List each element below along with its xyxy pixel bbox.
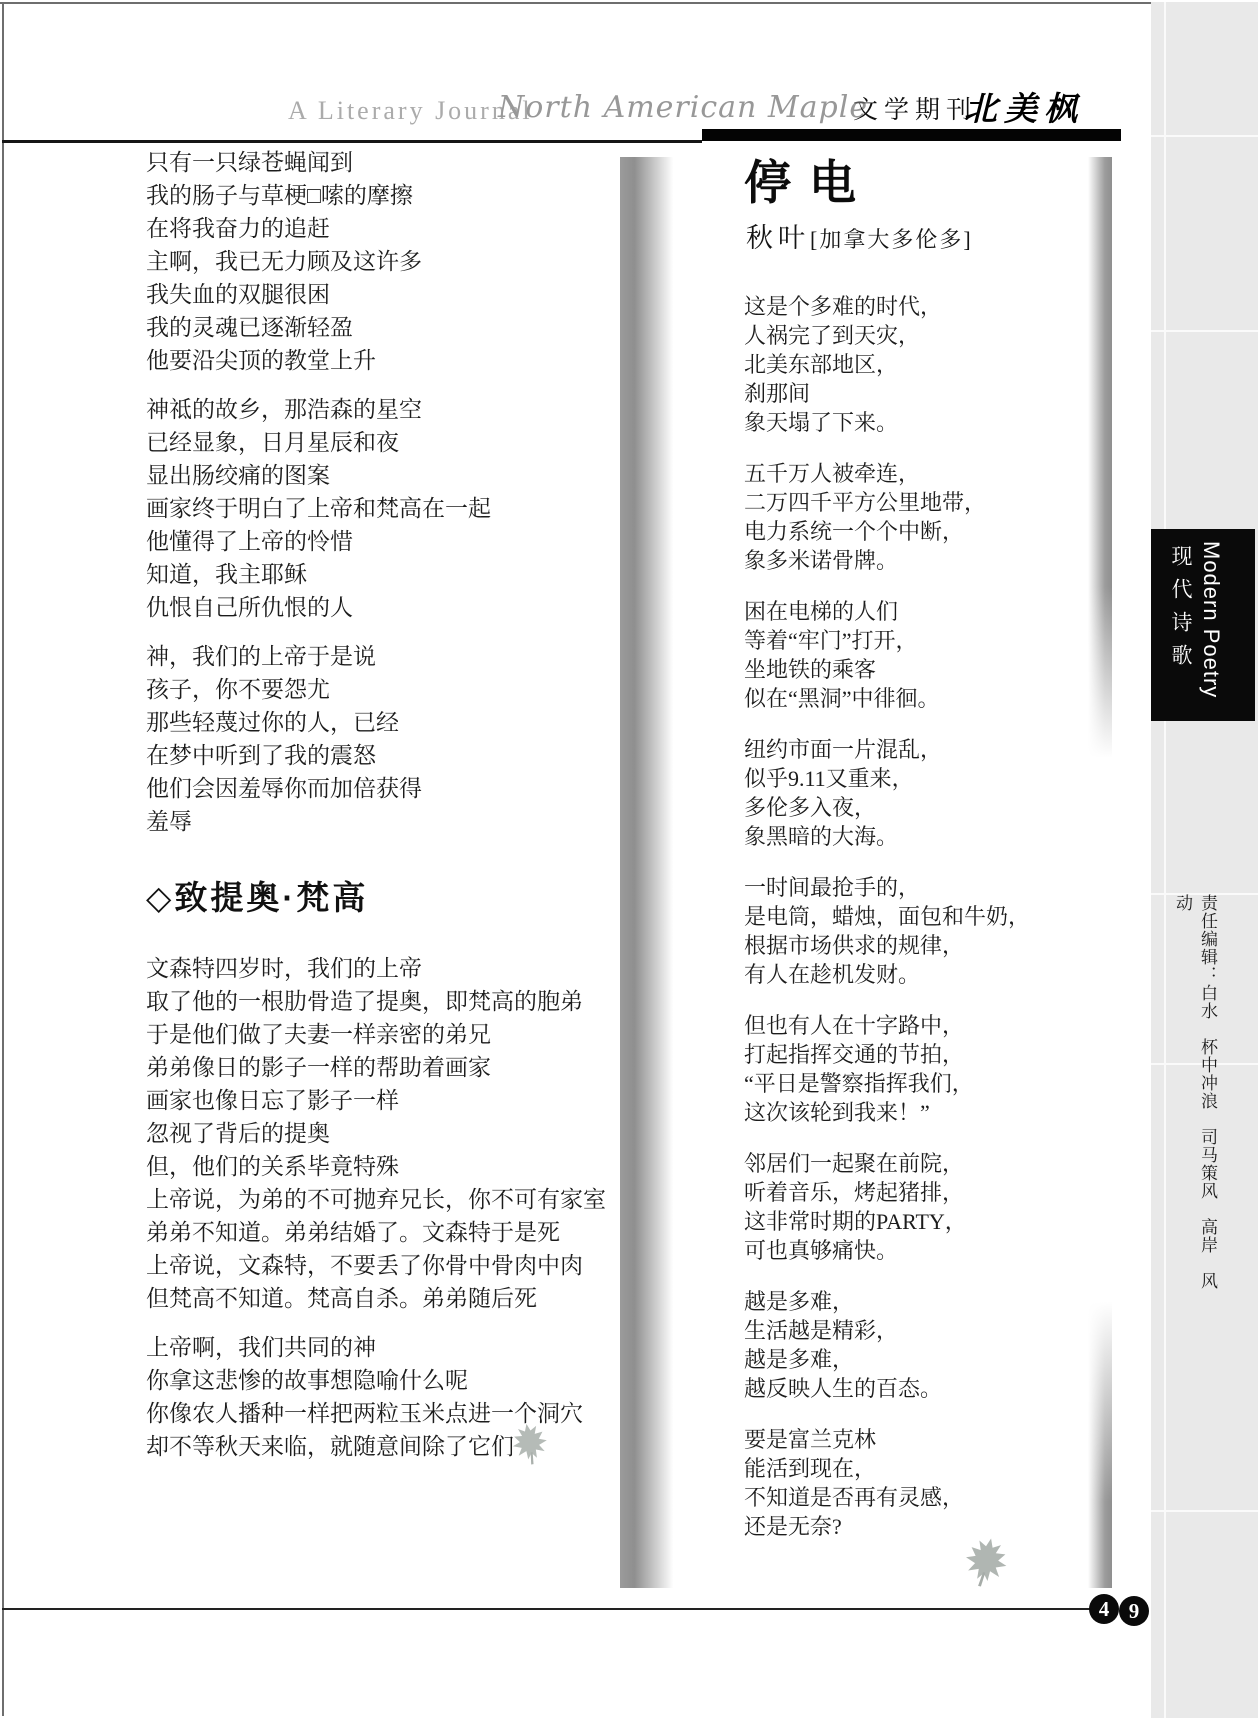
journal-subtitle-en: A Literary Journal — [288, 96, 533, 126]
poem-line: 文森特四岁时，我们的上帝 — [146, 952, 616, 985]
section-label-cn: 现代诗歌 — [1165, 545, 1195, 677]
poem-line: 这是个多难的时代， — [744, 292, 1094, 321]
poem-stanza: 神祗的故乡，那浩森的星空已经显象，日月星辰和夜显出肠绞痛的图案画家终于明白了上帝… — [146, 393, 616, 624]
poem-line: 似在“黑洞”中徘徊。 — [744, 684, 1094, 713]
poem-stanza: 但也有人在十字路中，打起指挥交通的节拍，“平日是警察指挥我们，这次该轮到我来！” — [744, 1011, 1094, 1127]
editors-credit-vertical: 责任编辑：白水 杯中冲浪 司马策风 高岸 风动 — [1170, 894, 1220, 1294]
page-number-badge: 9 — [1119, 1596, 1149, 1626]
poem-line: 但梵高不知道。梵高自杀。弟弟随后死 — [146, 1282, 616, 1315]
poem-line: 上帝啊，我们共同的神 — [146, 1331, 616, 1364]
poem-line: 人祸完了到天灾， — [744, 321, 1094, 350]
poem-stanza: 五千万人被牵连，二万四千平方公里地带，电力系统一个个中断，象多米诺骨牌。 — [744, 459, 1094, 575]
poem-stanza: 邻居们一起聚在前院，听着音乐，烤起猪排，这非常时期的PARTY，可也真够痛快。 — [744, 1149, 1094, 1265]
poem-line: 一时间最抢手的， — [744, 873, 1094, 902]
left-poem-column: 只有一只绿苍蝇闻到我的肠子与草梗□嗦的摩擦在将我奋力的追赶主啊，我已无力顾及这许… — [146, 146, 616, 1479]
poem-stanza: 越是多难，生活越是精彩，越是多难，越反映人生的百态。 — [744, 1287, 1094, 1403]
poem-stanza: 困在电梯的人们等着“牢门”打开，坐地铁的乘客似在“黑洞”中徘徊。 — [744, 597, 1094, 713]
poem-line: 画家终于明白了上帝和梵高在一起 — [146, 492, 616, 525]
poem-line: 他懂得了上帝的怜惜 — [146, 525, 616, 558]
poem-line: 北美东部地区， — [744, 350, 1094, 379]
poem-line: 是电筒，蜡烛，面包和牛奶， — [744, 902, 1094, 931]
poem-line: 象黑暗的大海。 — [744, 822, 1094, 851]
poem-line: 只有一只绿苍蝇闻到 — [146, 146, 616, 179]
poem-line: 象天塌了下来。 — [744, 408, 1094, 437]
poem-line: 越是多难， — [744, 1345, 1094, 1374]
section-label-box: 现代诗歌 Modern Poetry — [1151, 529, 1255, 721]
poem-line: 神，我们的上帝于是说 — [146, 640, 616, 673]
poem-line: 纽约市面一片混乱， — [744, 735, 1094, 764]
poem-line: 这非常时期的PARTY， — [744, 1207, 1094, 1236]
poem-line: 取了他的一根肋骨造了提奥，即梵高的胞弟 — [146, 985, 616, 1018]
footer-rule — [2, 1608, 1090, 1610]
poem-line: 困在电梯的人们 — [744, 597, 1094, 626]
poem-line: 但，他们的关系毕竟特殊 — [146, 1150, 616, 1183]
poem-line: 在梦中听到了我的震怒 — [146, 739, 616, 772]
poem-stanza: 这是个多难的时代，人祸完了到天灾，北美东部地区，刹那间象天塌了下来。 — [744, 292, 1094, 437]
poem-line: 你拿这悲惨的故事想隐喻什么呢 — [146, 1364, 616, 1397]
poem-line: 听着音乐，烤起猪排， — [744, 1178, 1094, 1207]
poem-line: 画家也像日忘了影子一样 — [146, 1084, 616, 1117]
poem-title: 停电 — [744, 146, 874, 213]
poem-line: 上帝说，为弟的不可抛弃兄长，你不可有家室 — [146, 1183, 616, 1216]
page-border-top — [0, 2, 1258, 4]
poem-line: 于是他们做了夫妻一样亲密的弟兄 — [146, 1018, 616, 1051]
poem-line: 他们会因羞辱你而加倍获得 — [146, 772, 616, 805]
poem-author-location: [加拿大多伦多] — [810, 223, 973, 254]
poem-line: 有人在趁机发财。 — [744, 960, 1094, 989]
journal-name-cn: 北美枫 — [964, 83, 1084, 130]
column-shadow-left — [620, 157, 678, 1588]
poem-line: 这次该轮到我来！” — [744, 1098, 1094, 1127]
poem-line: 羞辱 — [146, 805, 616, 838]
poem-line: 坐地铁的乘客 — [744, 655, 1094, 684]
poem-line: 似乎9.11又重来， — [744, 764, 1094, 793]
poem-line: 显出肠绞痛的图案 — [146, 459, 616, 492]
poem-line: 越是多难， — [744, 1287, 1094, 1316]
poem-line: 邻居们一起聚在前院， — [744, 1149, 1094, 1178]
poem-stanza: 纽约市面一片混乱，似乎9.11又重来，多伦多入夜，象黑暗的大海。 — [744, 735, 1094, 851]
maple-leaf-icon — [506, 1419, 553, 1469]
poem-line: 弟弟不知道。弟弟结婚了。文森特于是死 — [146, 1216, 616, 1249]
poem-line: 刹那间 — [744, 379, 1094, 408]
right-poem-column: 这是个多难的时代，人祸完了到天灾，北美东部地区，刹那间象天塌了下来。 五千万人被… — [744, 292, 1094, 1563]
poem-line: 孩子，你不要怨尤 — [146, 673, 616, 706]
poem-line: 忽视了背后的提奥 — [146, 1117, 616, 1150]
maple-leaf-icon — [957, 1532, 1015, 1594]
journal-type-cn: 文学期刊 — [853, 90, 977, 126]
poem-line: 但也有人在十字路中， — [744, 1011, 1094, 1040]
poem-stanza: 只有一只绿苍蝇闻到我的肠子与草梗□嗦的摩擦在将我奋力的追赶主啊，我已无力顾及这许… — [146, 146, 616, 377]
poem-author: 秋叶 — [746, 216, 810, 255]
poem-line: 根据市场供求的规律， — [744, 931, 1094, 960]
poem-line: 弟弟像日的影子一样的帮助着画家 — [146, 1051, 616, 1084]
poem-stanza: 神，我们的上帝于是说孩子，你不要怨尤那些轻蔑过你的人，已经在梦中听到了我的震怒他… — [146, 640, 616, 838]
header-rule-thin — [2, 140, 702, 143]
sidebar-divider-line — [1151, 1510, 1258, 1512]
poem-line: 生活越是精彩， — [744, 1316, 1094, 1345]
poem-stanza: 文森特四岁时，我们的上帝取了他的一根肋骨造了提奥，即梵高的胞弟于是他们做了夫妻一… — [146, 952, 616, 1315]
poem-line: 神祗的故乡，那浩森的星空 — [146, 393, 616, 426]
poem-line: 越反映人生的百态。 — [744, 1374, 1094, 1403]
page-border-left — [2, 2, 4, 1716]
poem-line: 等着“牢门”打开， — [744, 626, 1094, 655]
poem-line: 上帝说，文森特，不要丢了你骨中骨肉中肉 — [146, 1249, 616, 1282]
poem-byline: 秋叶 [加拿大多伦多] — [746, 216, 973, 255]
poem-line: 象多米诺骨牌。 — [744, 546, 1094, 575]
poem-line: 能活到现在， — [744, 1454, 1094, 1483]
poem-line: 主啊，我已无力顾及这许多 — [146, 245, 616, 278]
poem-line: 他要沿尖顶的教堂上升 — [146, 344, 616, 377]
poem-line: 要是富兰克林 — [744, 1425, 1094, 1454]
poem-line: 不知道是否再有灵感， — [744, 1483, 1094, 1512]
poem-line: 还是无奈? — [744, 1512, 1094, 1541]
poem-line: 打起指挥交通的节拍， — [744, 1040, 1094, 1069]
poem-section-heading: ◇致提奥·梵高 — [146, 878, 616, 918]
poem-line: 多伦多入夜， — [744, 793, 1094, 822]
poem-line: 仇恨自己所仇恨的人 — [146, 591, 616, 624]
poem-line: 已经显象，日月星辰和夜 — [146, 426, 616, 459]
journal-name-script: North American Maple — [498, 90, 868, 125]
right-sidebar: 现代诗歌 Modern Poetry — [1151, 2, 1258, 1718]
poem-line: 在将我奋力的追赶 — [146, 212, 616, 245]
journal-page: A Literary Journal North American Maple … — [0, 0, 1258, 1718]
poem-line: 我的灵魂已逐渐轻盈 — [146, 311, 616, 344]
poem-stanza: 要是富兰克林能活到现在，不知道是否再有灵感，还是无奈? — [744, 1425, 1094, 1541]
poem-stanza: 一时间最抢手的，是电筒，蜡烛，面包和牛奶，根据市场供求的规律，有人在趁机发财。 — [744, 873, 1094, 989]
sidebar-divider-line — [1151, 135, 1258, 137]
poem-line: 我的肠子与草梗□嗦的摩擦 — [146, 179, 616, 212]
poem-line: “平日是警察指挥我们， — [744, 1069, 1094, 1098]
poem-line: 电力系统一个个中断， — [744, 517, 1094, 546]
poem-line: 知道，我主耶稣 — [146, 558, 616, 591]
poem-line: 可也真够痛快。 — [744, 1236, 1094, 1265]
section-label-en: Modern Poetry — [1198, 541, 1224, 698]
poem-line: 我失血的双腿很困 — [146, 278, 616, 311]
page-number-badge: 4 — [1089, 1594, 1119, 1624]
sidebar-divider-vertical — [1164, 2, 1166, 1718]
poem-line: 二万四千平方公里地带， — [744, 488, 1094, 517]
sidebar-divider-line — [1151, 330, 1258, 332]
poem-line: 那些轻蔑过你的人，已经 — [146, 706, 616, 739]
poem-line: 五千万人被牵连， — [744, 459, 1094, 488]
header-rule-bar — [702, 129, 1121, 141]
